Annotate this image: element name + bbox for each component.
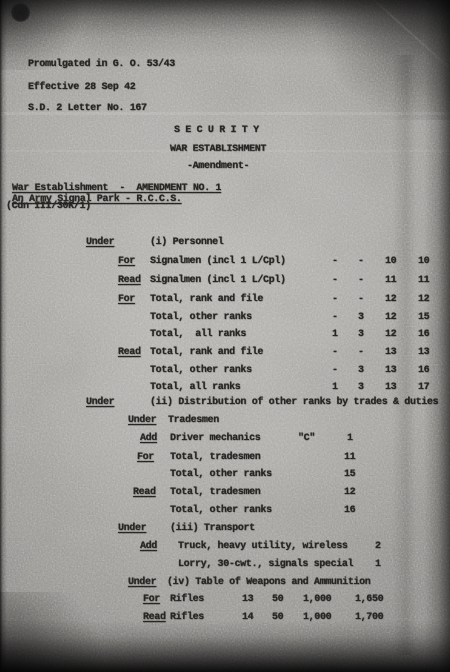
row-keyword: Read bbox=[118, 276, 141, 286]
row-description: Total, rank and file bbox=[150, 348, 263, 358]
section-heading: (iii) Transport bbox=[170, 524, 255, 534]
row-value: 12 bbox=[385, 295, 396, 305]
amendment-title-line3: (Cdn III/30K/1) bbox=[0, 202, 450, 214]
row-keyword: Add bbox=[140, 434, 157, 444]
under-keyword: Under bbox=[86, 238, 114, 248]
row-value: - bbox=[358, 257, 364, 267]
row-value: 13 bbox=[385, 366, 396, 376]
personnel-row: For Total, rank and file - - 12 12 bbox=[0, 295, 450, 307]
section-heading: (ii) Distribution of other ranks by trad… bbox=[150, 398, 438, 408]
security-title: S E C U R I T Y bbox=[0, 126, 450, 138]
distribution-row: Read Total, tradesmen 12 bbox=[0, 488, 450, 500]
crease-line bbox=[359, 0, 450, 68]
row-description: Rifles bbox=[170, 613, 204, 623]
row-value: - bbox=[332, 366, 338, 376]
row-value: 13 bbox=[418, 348, 429, 358]
row-value: 12 bbox=[344, 488, 355, 498]
row-value: 1,650 bbox=[355, 595, 383, 605]
sd-letter-text: S.D. 2 Letter No. 167 bbox=[28, 104, 147, 114]
distribution-row: Total, other ranks 16 bbox=[0, 506, 450, 518]
row-keyword: For bbox=[143, 595, 160, 605]
promulgated-line: Promulgated in G. O. 53/43 bbox=[0, 60, 450, 72]
row-value: 1 bbox=[347, 434, 353, 444]
row-value: 14 bbox=[242, 613, 253, 623]
row-value: 16 bbox=[418, 330, 429, 340]
row-value: 16 bbox=[418, 366, 429, 376]
row-description: Total, tradesmen bbox=[170, 488, 260, 498]
row-description: Total, all ranks bbox=[150, 383, 240, 393]
row-keyword: Read bbox=[133, 488, 156, 498]
row-value: 13 bbox=[242, 595, 253, 605]
distribution-row: Add Driver mechanics "C" 1 bbox=[0, 434, 450, 446]
row-value: - bbox=[358, 276, 364, 286]
row-value: 3 bbox=[358, 383, 364, 393]
row-value: 11 bbox=[385, 276, 396, 286]
row-description: Total, other ranks bbox=[150, 313, 252, 323]
section-heading: (i) Personnel bbox=[150, 238, 223, 248]
effective-line: Effective 28 Sep 42 bbox=[0, 83, 450, 95]
distribution-row: For Total, tradesmen 11 bbox=[0, 453, 450, 465]
scanned-document-page: Promulgated in G. O. 53/43 Effective 28 … bbox=[0, 0, 450, 672]
row-description: Total, all ranks bbox=[150, 330, 246, 340]
row-value: 17 bbox=[418, 383, 429, 393]
section-distribution-header: Under (ii) Distribution of other ranks b… bbox=[0, 398, 450, 410]
row-description: Signalmen (incl 1 L/Cpl) bbox=[150, 257, 286, 267]
row-keyword: For bbox=[137, 453, 154, 463]
row-value: 1 bbox=[375, 560, 381, 570]
row-description: Total, other ranks bbox=[170, 506, 272, 516]
section-weapons-header: Under (iv) Table of Weapons and Ammuniti… bbox=[0, 578, 450, 590]
row-value: 15 bbox=[418, 313, 429, 323]
war-establishment-title: WAR ESTABLISHMENT bbox=[0, 145, 450, 157]
row-value: 1,700 bbox=[355, 613, 383, 623]
row-value: - bbox=[332, 313, 338, 323]
promulgated-text: Promulgated in G. O. 53/43 bbox=[28, 60, 175, 70]
sd-letter-line: S.D. 2 Letter No. 167 bbox=[0, 104, 450, 116]
amendment-subtitle: -Amendment- bbox=[0, 162, 450, 174]
row-value: 50 bbox=[272, 595, 283, 605]
row-description: Signalmen (incl 1 L/Cpl) bbox=[150, 276, 286, 286]
row-value: 12 bbox=[418, 295, 429, 305]
under-keyword: Under bbox=[118, 524, 146, 534]
amendment-text: -Amendment- bbox=[187, 162, 249, 172]
personnel-row: For Signalmen (incl 1 L/Cpl) - - 10 10 bbox=[0, 257, 450, 269]
row-value: 1 bbox=[332, 383, 338, 393]
row-value: - bbox=[332, 295, 338, 305]
weapons-row: Read Rifles 14 50 1,000 1,700 bbox=[0, 613, 450, 625]
row-value: 1 bbox=[332, 330, 338, 340]
personnel-row: Total, other ranks - 3 13 16 bbox=[0, 366, 450, 378]
row-value: 11 bbox=[344, 453, 355, 463]
row-value: 12 bbox=[385, 330, 396, 340]
row-value: 50 bbox=[272, 613, 283, 623]
under-keyword: Under bbox=[128, 416, 156, 426]
subsection-heading: Tradesmen bbox=[168, 416, 219, 426]
trade-grade: "C" bbox=[298, 434, 315, 444]
row-value: - bbox=[332, 348, 338, 358]
row-value: 12 bbox=[385, 313, 396, 323]
row-keyword: Read bbox=[118, 348, 141, 358]
row-keyword: Add bbox=[140, 542, 157, 552]
row-description: Total, rank and file bbox=[150, 295, 263, 305]
under-keyword: Under bbox=[128, 578, 156, 588]
security-text: S E C U R I T Y bbox=[174, 126, 259, 136]
section-transport-header: Under (iii) Transport bbox=[0, 524, 450, 536]
row-value: - bbox=[332, 276, 338, 286]
row-description: Rifles bbox=[170, 595, 204, 605]
weapons-row: For Rifles 13 50 1,000 1,650 bbox=[0, 595, 450, 607]
under-keyword: Under bbox=[86, 398, 114, 408]
row-description: Driver mechanics bbox=[170, 434, 260, 444]
row-value: 1,000 bbox=[303, 613, 331, 623]
personnel-row: Total, other ranks - 3 12 15 bbox=[0, 313, 450, 325]
personnel-row: Total, all ranks 1 3 12 16 bbox=[0, 330, 450, 342]
row-value: 1,000 bbox=[303, 595, 331, 605]
row-value: 10 bbox=[385, 257, 396, 267]
personnel-row: Read Signalmen (incl 1 L/Cpl) - - 11 11 bbox=[0, 276, 450, 288]
row-value: 15 bbox=[344, 470, 355, 480]
row-value: 13 bbox=[385, 348, 396, 358]
distribution-row: Total, other ranks 15 bbox=[0, 470, 450, 482]
row-value: 3 bbox=[358, 366, 364, 376]
personnel-row: Total, all ranks 1 3 13 17 bbox=[0, 383, 450, 395]
scan-vignette-top bbox=[0, 0, 450, 58]
row-value: 3 bbox=[358, 313, 364, 323]
title-line1-text: War Establishment - AMENDMENT NO. 1 bbox=[12, 184, 221, 194]
row-value: - bbox=[358, 295, 364, 305]
row-keyword: For bbox=[118, 257, 135, 267]
row-description: Truck, heavy utility, wireless bbox=[178, 542, 348, 552]
personnel-row: Read Total, rank and file - - 13 13 bbox=[0, 348, 450, 360]
row-value: - bbox=[332, 257, 338, 267]
row-value: 13 bbox=[385, 383, 396, 393]
section-personnel-header: Under (i) Personnel bbox=[0, 238, 450, 250]
row-description: Lorry, 30-cwt., signals special bbox=[178, 560, 353, 570]
war-establishment-text: WAR ESTABLISHMENT bbox=[170, 145, 266, 155]
hole-punch bbox=[11, 3, 30, 22]
effective-text: Effective 28 Sep 42 bbox=[28, 83, 135, 93]
row-description: Total, other ranks bbox=[150, 366, 252, 376]
row-description: Total, tradesmen bbox=[170, 453, 260, 463]
row-value: - bbox=[358, 348, 364, 358]
title-line3-text: (Cdn III/30K/1) bbox=[6, 202, 91, 212]
row-description: Total, other ranks bbox=[170, 470, 272, 480]
row-value: 11 bbox=[418, 276, 429, 286]
transport-row: Add Truck, heavy utility, wireless 2 bbox=[0, 542, 450, 554]
transport-row: Lorry, 30-cwt., signals special 1 bbox=[0, 560, 450, 572]
row-value: 3 bbox=[358, 330, 364, 340]
row-value: 10 bbox=[418, 257, 429, 267]
row-value: 2 bbox=[375, 542, 381, 552]
section-heading: (iv) Table of Weapons and Ammunition bbox=[167, 578, 370, 588]
row-keyword: For bbox=[118, 295, 135, 305]
row-keyword: Read bbox=[143, 613, 166, 623]
scan-vignette-bottom bbox=[0, 620, 450, 672]
row-value: 16 bbox=[344, 506, 355, 516]
tradesmen-subheader: Under Tradesmen bbox=[0, 416, 450, 428]
